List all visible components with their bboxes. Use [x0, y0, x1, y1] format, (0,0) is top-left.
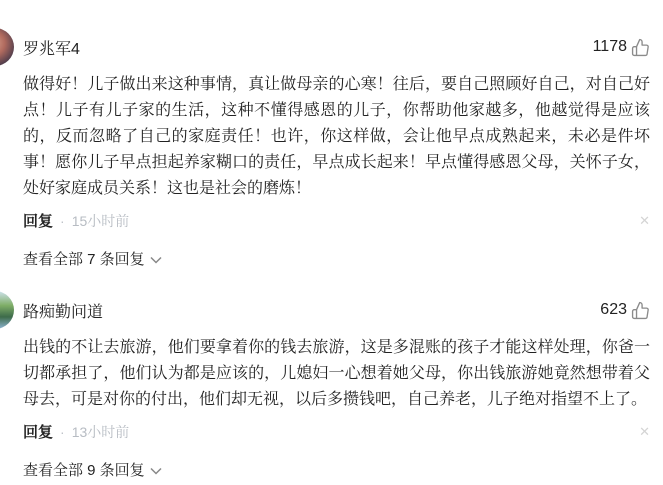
comment-item: 罗兆军4 1178 做得好！儿子做出来这种事情，真让做母亲的心寒！往后，要自己照… — [0, 36, 663, 269]
dot-separator: · — [60, 213, 65, 229]
view-all-replies-label: 查看全部 9 条回复 — [23, 459, 145, 480]
close-icon[interactable]: ✕ — [639, 214, 650, 227]
comment-footer: 回复 · 15小时前 ✕ — [23, 211, 650, 230]
comment-username[interactable]: 罗兆军4 — [23, 36, 80, 59]
like-count: 623 — [600, 301, 627, 319]
comment-timestamp: 13小时前 — [72, 422, 130, 442]
thumbs-up-icon — [631, 38, 650, 57]
comment-item: 路痴勤问道 623 出钱的不让去旅游，他们要拿着你的钱去旅游，这是多混账的孩子才… — [0, 299, 663, 480]
comment-header: 罗兆军4 1178 — [23, 36, 650, 58]
comment-footer: 回复 · 13小时前 ✕ — [23, 422, 650, 441]
comment-username[interactable]: 路痴勤问道 — [23, 299, 103, 322]
comment-text: 出钱的不让去旅游，他们要拿着你的钱去旅游，这是多混账的孩子才能这样处理，你爸一切… — [23, 335, 650, 413]
dot-separator: · — [60, 424, 65, 440]
like-count: 1178 — [593, 38, 627, 56]
comment-timestamp: 15小时前 — [72, 211, 130, 231]
view-all-replies-button[interactable]: 查看全部 7 条回复 — [23, 248, 162, 269]
close-icon[interactable]: ✕ — [639, 425, 650, 438]
reply-button[interactable]: 回复 — [23, 421, 53, 442]
chevron-down-icon — [150, 465, 162, 475]
thumbs-up-icon — [631, 301, 650, 320]
like-button[interactable]: 623 — [600, 301, 650, 320]
reply-button[interactable]: 回复 — [23, 210, 53, 231]
comment-header: 路痴勤问道 623 — [23, 299, 650, 321]
view-all-replies-button[interactable]: 查看全部 9 条回复 — [23, 459, 162, 480]
comment-text: 做得好！儿子做出来这种事情，真让做母亲的心寒！往后，要自己照顾好自己，对自己好点… — [23, 72, 650, 202]
view-all-replies-label: 查看全部 7 条回复 — [23, 248, 145, 269]
chevron-down-icon — [150, 254, 162, 264]
user-avatar[interactable] — [0, 28, 14, 66]
user-avatar[interactable] — [0, 291, 14, 329]
like-button[interactable]: 1178 — [593, 38, 650, 57]
